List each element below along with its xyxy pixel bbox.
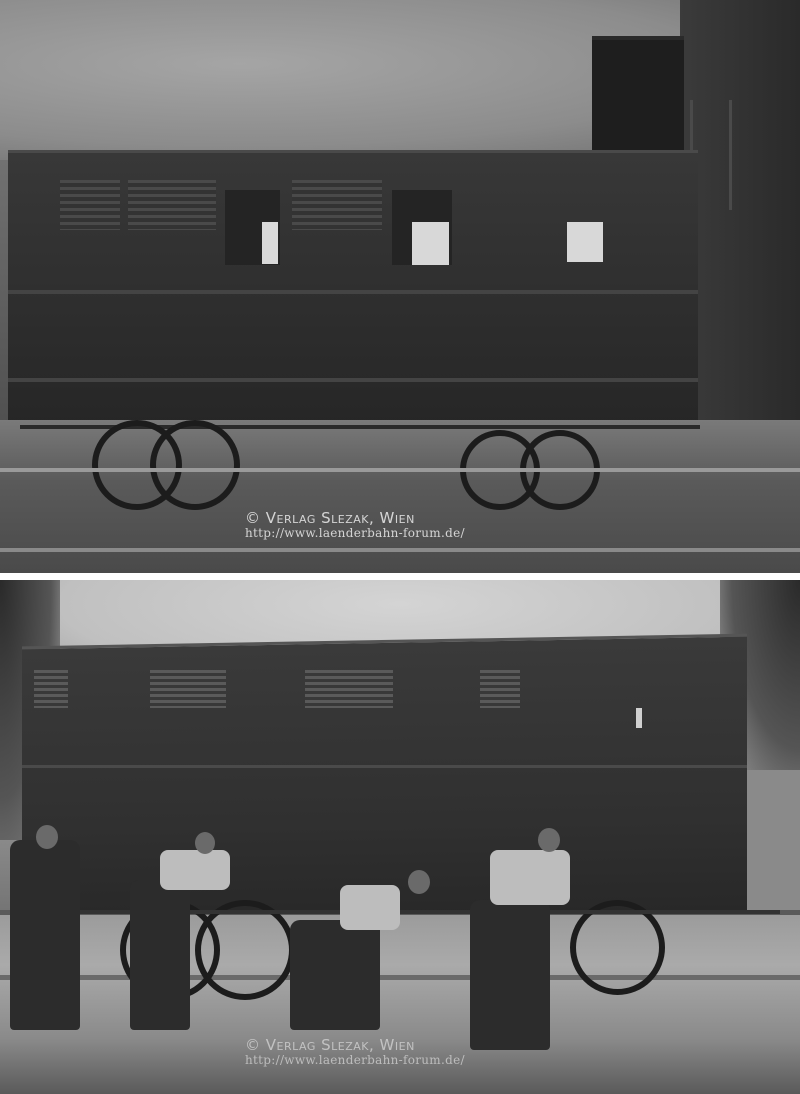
wheel: [195, 900, 295, 1000]
worker-head: [195, 832, 215, 854]
worker-shirt: [490, 850, 570, 905]
carriage-band: [22, 765, 747, 768]
worker: [10, 840, 80, 1030]
carriage-band: [8, 290, 698, 294]
worker: [130, 880, 190, 1030]
worker-head: [408, 870, 430, 894]
louver-window: [34, 670, 68, 708]
louver-window: [128, 180, 216, 230]
photo-bottom-carriage-workers: © Verlag Slezak, Wien http://www.laender…: [0, 580, 800, 1094]
window-pane: [262, 222, 278, 264]
chimney: [592, 36, 684, 152]
window-pane: [412, 222, 449, 265]
photo-top-carriage: © Verlag Slezak, Wien http://www.laender…: [0, 0, 800, 573]
wheel: [570, 900, 665, 995]
louver-window: [480, 670, 520, 708]
worker-shirt: [160, 850, 230, 890]
worker-head: [36, 825, 58, 849]
louver-window: [60, 180, 120, 230]
watermark-title: © Verlag Slezak, Wien: [245, 1037, 565, 1054]
louver-window: [305, 670, 393, 708]
watermark: © Verlag Slezak, Wien http://www.laender…: [245, 510, 565, 541]
watermark: © Verlag Slezak, Wien http://www.laender…: [245, 1037, 565, 1068]
watermark-title: © Verlag Slezak, Wien: [245, 510, 565, 527]
worker-head: [538, 828, 560, 852]
watermark-url: http://www.laenderbahn-forum.de/: [245, 527, 565, 541]
window-glint: [636, 708, 642, 728]
worker-shirt: [340, 885, 400, 930]
rail: [0, 548, 800, 552]
rail: [0, 468, 800, 472]
worker: [290, 920, 380, 1030]
louver-window: [292, 180, 382, 230]
watermark-url: http://www.laenderbahn-forum.de/: [245, 1054, 565, 1068]
louver-window: [150, 670, 226, 708]
worker: [470, 900, 550, 1050]
rail: [0, 975, 800, 980]
wheel: [150, 420, 240, 510]
carriage-band-lower: [8, 378, 698, 382]
window-pane: [567, 222, 603, 262]
